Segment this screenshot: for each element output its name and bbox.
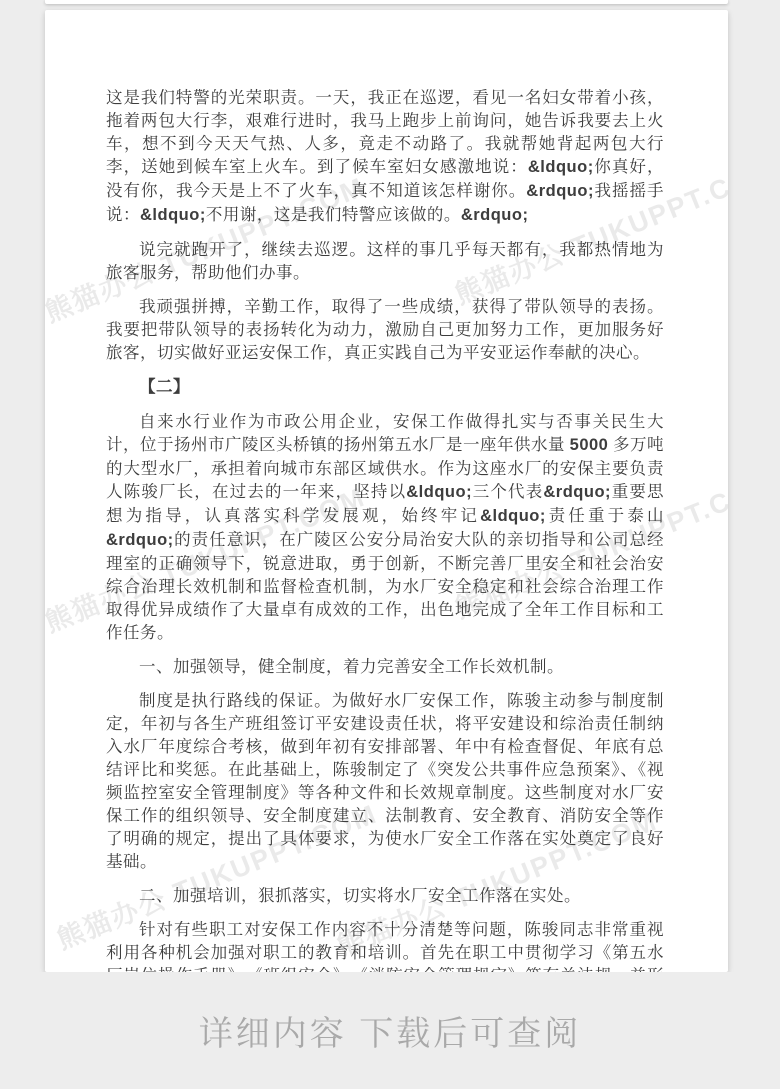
paragraph: 自来水行业作为市政公用企业，安保工作做得扎实与否事关民生大计，位于扬州市广陵区头… — [106, 410, 664, 644]
page-content: 这是我们特警的光荣职责。一天，我正在巡逻，看见一名妇女带着小孩，拖着两包大行李，… — [45, 10, 728, 972]
text-run: &ldquo; — [406, 483, 472, 501]
text-run: 一、加强领导，健全制度，着力完善安全工作长效机制。 — [139, 657, 564, 676]
paragraph: 说完就跑开了，继续去巡逻。这样的事几乎每天都有，我都热情地为旅客服务，帮助他们办… — [106, 238, 664, 284]
text-run: &ldquo; — [528, 158, 594, 176]
text-run: 说完就跑开了，继续去巡逻。这样的事几乎每天都有，我都热情地为旅客服务，帮助他们办… — [106, 240, 664, 282]
text-run: 三个代表 — [472, 482, 543, 501]
text-run: 5000 — [570, 436, 609, 454]
previous-page-edge — [45, 0, 728, 4]
paragraph: 这是我们特警的光荣职责。一天，我正在巡逻，看见一名妇女带着小孩，拖着两包大行李，… — [106, 86, 664, 227]
text-run: 我顽强拼搏，辛勤工作，取得了一些成绩，获得了带队领导的表扬。我要把带队领导的表扬… — [106, 297, 664, 362]
paragraph: 制度是执行路线的保证。为做好水厂安保工作，陈骏主动参与制度制定，年初与各生产班组… — [106, 689, 664, 873]
document-preview: 熊猫办公 TUKUPPT.COM 熊猫办公 TUKUPPT.COM 熊猫办公 T… — [0, 0, 780, 1089]
text-run: &rdquo; — [526, 182, 594, 200]
text-run: &rdquo; — [106, 531, 174, 549]
text-run: 不用谢，这是我们特警应该做的。 — [206, 205, 461, 224]
text-run: &ldquo; — [480, 507, 546, 525]
text-run: 二、加强培训，狠抓落实，切实将水厂安全工作落在实处。 — [139, 886, 581, 905]
paragraph: 针对有些职工对安保工作内容不十分清楚等问题，陈骏同志非常重视利用各种机会加强对职… — [106, 918, 664, 972]
paragraph: 一、加强领导，健全制度，着力完善安全工作长效机制。 — [106, 655, 664, 678]
text-run: &rdquo; — [461, 206, 529, 224]
bottom-bar: 详细内容 下载后可查阅 — [0, 972, 780, 1089]
text-run: 【二】 — [139, 378, 190, 396]
paragraph: 二、加强培训，狠抓落实，切实将水厂安全工作落在实处。 — [106, 884, 664, 907]
text-run: 的责任意识，在广陵区公安分局治安大队的亲切指导和公司总经理室的正确领导下，锐意进… — [106, 530, 664, 642]
text-run: &rdquo; — [543, 483, 611, 501]
paragraph: 【二】 — [106, 375, 664, 399]
text-run: 制度是执行路线的保证。为做好水厂安保工作，陈骏主动参与制度制定，年初与各生产班组… — [106, 691, 664, 871]
bottom-bar-text: 详细内容 下载后可查阅 — [199, 1006, 581, 1055]
paragraph: 我顽强拼搏，辛勤工作，取得了一些成绩，获得了带队领导的表扬。我要把带队领导的表扬… — [106, 295, 664, 364]
text-run: 责任重于泰山 — [546, 506, 664, 525]
text-run: &ldquo; — [140, 206, 206, 224]
document-page: 熊猫办公 TUKUPPT.COM 熊猫办公 TUKUPPT.COM 熊猫办公 T… — [45, 10, 728, 972]
text-run: 针对有些职工对安保工作内容不十分清楚等问题，陈骏同志非常重视利用各种机会加强对职… — [106, 920, 664, 972]
